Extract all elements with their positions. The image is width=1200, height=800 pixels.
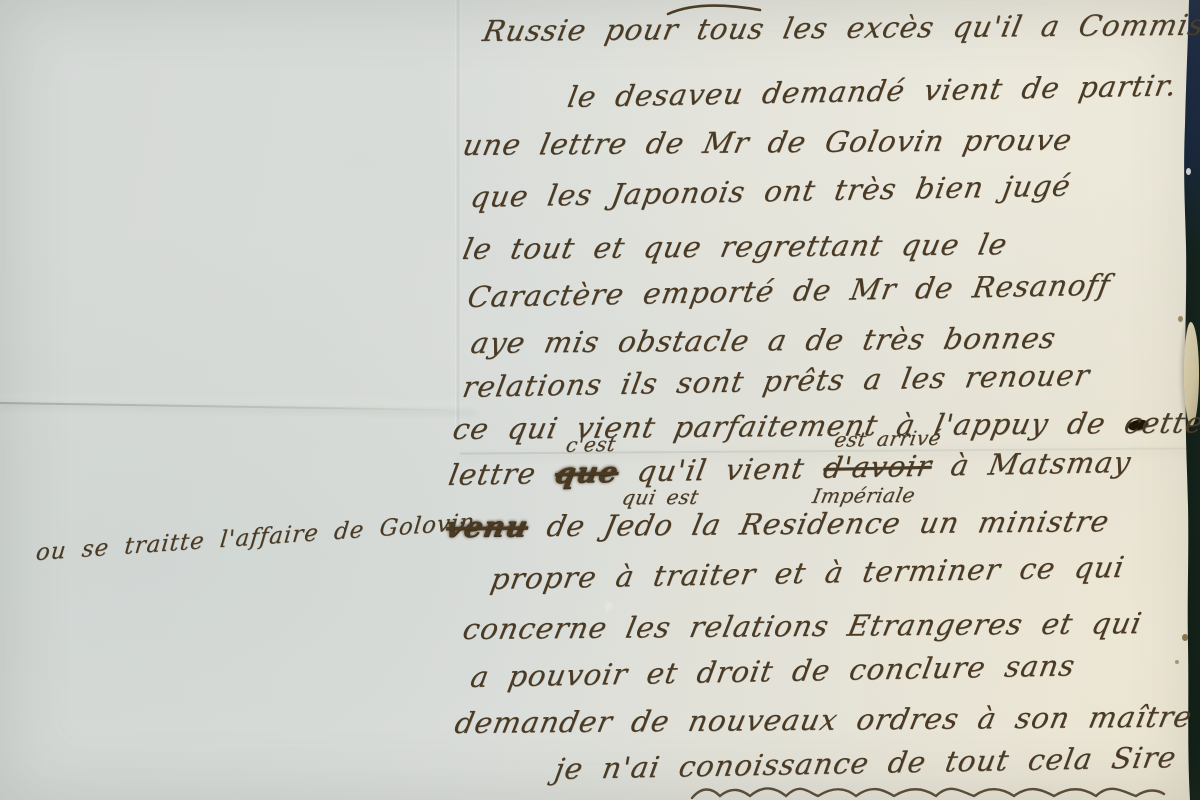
word: lettre: [446, 456, 539, 492]
correction-group: qui estde Jedo: [544, 508, 677, 543]
inserted-word: c'est: [564, 432, 618, 457]
stain-speck: [1175, 660, 1179, 664]
word: la Residence: [689, 506, 904, 542]
manuscript-line: demander de nouveaux ordres à son maître: [452, 700, 1196, 740]
correction-group: Impérialela Residence: [689, 506, 904, 542]
manuscript-line: aye mis obstacle a de très bonnes: [468, 321, 1059, 360]
manuscript-line: une lettre de Mr de Golovin prouve: [460, 123, 1075, 162]
inserted-word: est arrivé: [833, 426, 944, 452]
manuscript-line: le desaveu demandé vient de partir.: [565, 68, 1180, 114]
word: à Matsmay: [948, 445, 1134, 482]
bottom-edge-line-fragment: [688, 780, 1168, 800]
manuscript-line: relations ils sont prêts a les renouer: [460, 358, 1093, 404]
margin-note: ou se traitte l'affaire de Golovin: [35, 509, 477, 566]
manuscript-line: Caractère emporté de Mr de Resanoff: [465, 268, 1113, 314]
word: de Jedo: [544, 508, 677, 543]
manuscript-line: Russie pour tous les excès qu'il a Commi…: [480, 8, 1200, 48]
manuscript-line: ce qui vient parfaitement à l'appuy de c…: [450, 405, 1200, 446]
struck-word: que: [552, 455, 621, 490]
manuscript-line: a pouvoir et droit de conclure sans: [468, 648, 1078, 694]
inserted-word: Impériale: [810, 483, 917, 508]
horizontal-fold-crease-left: [0, 402, 474, 411]
stain-speck: [1178, 316, 1183, 322]
stain-speck: [1182, 634, 1188, 641]
manuscript-line: le tout et que regrettant que le: [460, 227, 1011, 266]
vertical-fold-crease: [455, 0, 461, 430]
paper-fleck: [1186, 168, 1191, 175]
manuscript-line: que les Japonois ont très bien jugé: [468, 169, 1074, 214]
manuscript-line: propre à traiter et à terminer ce qui: [488, 550, 1127, 596]
word: qu'il vient: [635, 451, 808, 488]
correction-group: c'estque: [552, 455, 621, 490]
inserted-word: qui est: [620, 485, 701, 510]
word: un ministre: [917, 504, 1113, 540]
struck-word: d'avoir: [821, 449, 935, 485]
correction-group: est arrivéd'avoir: [821, 449, 935, 485]
manuscript-line: concerne les relations Etrangeres et qui: [460, 606, 1145, 646]
manuscript-line-corrected: venu qui estde Jedo Impérialela Residenc…: [443, 504, 1113, 544]
manuscript-photo: Russie pour tous les excès qu'il a Commi…: [0, 0, 1200, 800]
